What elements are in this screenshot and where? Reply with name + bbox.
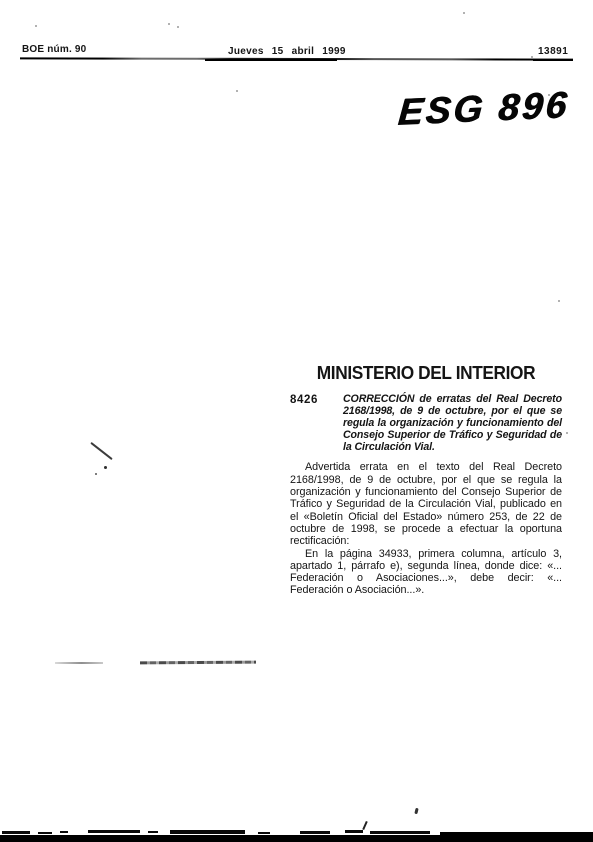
header-date: Jueves 15 abril 1999 [228,46,346,57]
scan-speck [236,90,238,92]
header-rule-date-segment [205,59,337,61]
scan-edge-dash [148,831,158,833]
article-paragraph: En la página 34933, primera columna, art… [290,548,562,597]
scan-edge-dash [345,830,363,833]
scan-edge-dash [60,831,68,833]
scan-edge-dash [170,830,245,834]
header-issue-number: BOE núm. 90 [22,44,86,55]
scan-speck [104,466,107,469]
document-column: MINISTERIO DEL INTERIOR 8426 CORRECCIÓN … [290,363,562,597]
scan-speck [95,473,97,475]
scan-edge-dash [38,832,52,834]
ministry-heading: MINISTERIO DEL INTERIOR [295,363,556,384]
scan-speck [35,25,37,27]
boe-scanned-page: BOE núm. 90 Jueves 15 abril 1999 13891 E… [0,0,593,842]
scan-speck [558,300,560,302]
scan-speck [168,23,170,25]
handwritten-annotation: ESG 896 [396,84,560,143]
scan-speck [463,12,465,14]
scan-edge-dash [2,831,30,834]
scan-edge-dash [258,832,270,834]
scan-tick-mark [362,821,367,830]
scan-edge-band [440,832,593,837]
scan-faded-line [140,661,256,664]
scan-edge-band [0,835,593,842]
header-page-number: 13891 [538,46,568,57]
scan-edge-dash [88,830,140,833]
article-paragraph: Advertida errata en el texto del Real De… [290,461,562,547]
article-block: 8426 CORRECCIÓN de erratas del Real Decr… [290,393,562,453]
scan-speck [177,26,179,28]
article-body: Advertida errata en el texto del Real De… [290,461,562,596]
scan-edge-dash [370,831,430,834]
scan-speck [566,432,568,434]
scan-faded-line [55,662,103,664]
scan-speck [414,808,418,815]
article-number: 8426 [290,393,343,406]
scan-edge-dash [300,831,330,834]
article-summary: CORRECCIÓN de erratas del Real Decreto 2… [343,393,562,453]
scan-squiggle-mark [90,442,113,460]
header-rule-page-segment [533,59,573,61]
